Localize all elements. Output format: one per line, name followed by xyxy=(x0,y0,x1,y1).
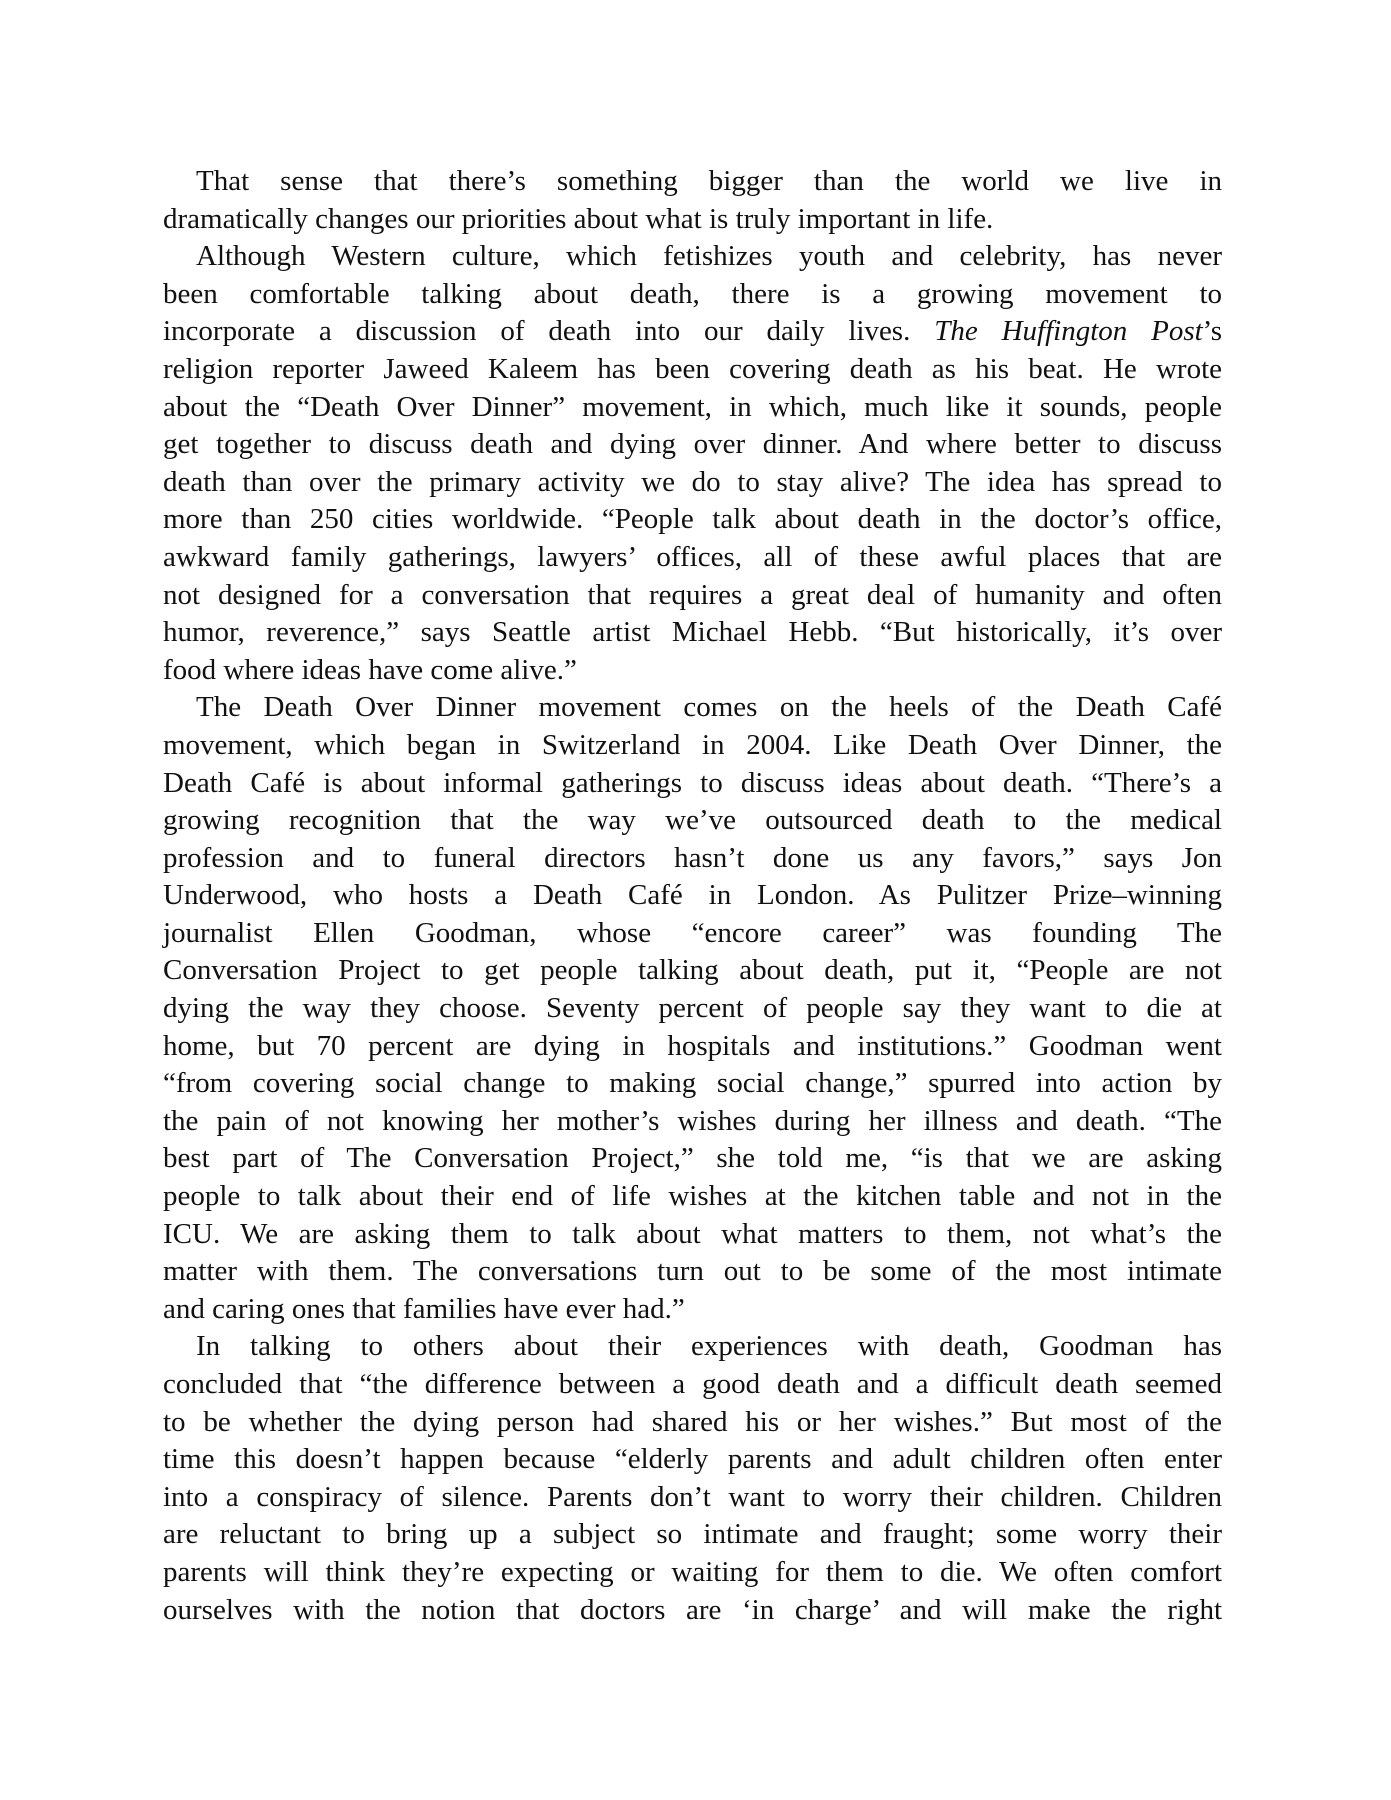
text-line: been comfortable talking about death, th… xyxy=(163,276,1222,314)
text-line: death than over the primary activity we … xyxy=(163,464,1222,502)
text-line: more than 250 cities worldwide. “People … xyxy=(163,501,1222,539)
text-line: profession and to funeral directors hasn… xyxy=(163,840,1222,878)
text-line: journalist Ellen Goodman, whose “encore … xyxy=(163,915,1222,953)
paragraph-2: Although Western culture, which fetishiz… xyxy=(163,238,1222,689)
text-line: The Death Over Dinner movement comes on … xyxy=(163,689,1222,727)
text-line: parents will think they’re expecting or … xyxy=(163,1554,1222,1592)
text-line: not designed for a conversation that req… xyxy=(163,577,1222,615)
text-line: food where ideas have come alive.” xyxy=(163,652,1222,690)
text-line-with-italic: incorporate a discussion of death into o… xyxy=(163,313,1222,351)
text-line: growing recognition that the way we’ve o… xyxy=(163,802,1222,840)
paragraph-4: In talking to others about their experie… xyxy=(163,1328,1222,1629)
text-segment: incorporate a discussion of death into o… xyxy=(163,315,910,347)
paragraph-1: That sense that there’s something bigger… xyxy=(163,163,1222,238)
text-line: time this doesn’t happen because “elderl… xyxy=(163,1441,1222,1479)
text-line: dying the way they choose. Seventy perce… xyxy=(163,990,1222,1028)
text-line: “from covering social change to making s… xyxy=(163,1065,1222,1103)
text-line: best part of The Conversation Project,” … xyxy=(163,1140,1222,1178)
document-page: That sense that there’s something bigger… xyxy=(163,163,1222,1629)
text-line: Death Café is about informal gatherings … xyxy=(163,765,1222,803)
text-line: home, but 70 percent are dying in hospit… xyxy=(163,1028,1222,1066)
text-line: and caring ones that families have ever … xyxy=(163,1291,1222,1329)
text-line: matter with them. The conversations turn… xyxy=(163,1253,1222,1291)
text-line: movement, which began in Switzerland in … xyxy=(163,727,1222,765)
text-line: religion reporter Jaweed Kaleem has been… xyxy=(163,351,1222,389)
text-line: humor, reverence,” says Seattle artist M… xyxy=(163,614,1222,652)
text-line: In talking to others about their experie… xyxy=(163,1328,1222,1366)
text-line: people to talk about their end of life w… xyxy=(163,1178,1222,1216)
text-line: dramatically changes our priorities abou… xyxy=(163,201,1222,239)
possessive-suffix: ’s xyxy=(1203,315,1222,347)
text-line: Underwood, who hosts a Death Café in Lon… xyxy=(163,877,1222,915)
italic-publication-name: The Huffington Post xyxy=(934,315,1202,347)
text-line: Although Western culture, which fetishiz… xyxy=(163,238,1222,276)
text-line: concluded that “the difference between a… xyxy=(163,1366,1222,1404)
text-line: awkward family gatherings, lawyers’ offi… xyxy=(163,539,1222,577)
text-line: into a conspiracy of silence. Parents do… xyxy=(163,1479,1222,1517)
text-line: about the “Death Over Dinner” movement, … xyxy=(163,389,1222,427)
text-line: the pain of not knowing her mother’s wis… xyxy=(163,1103,1222,1141)
text-line: ourselves with the notion that doctors a… xyxy=(163,1592,1222,1630)
publication-title: The Huffington Post’s xyxy=(934,315,1222,347)
text-line: ICU. We are asking them to talk about wh… xyxy=(163,1216,1222,1254)
text-line: That sense that there’s something bigger… xyxy=(163,163,1222,201)
paragraph-3: The Death Over Dinner movement comes on … xyxy=(163,689,1222,1328)
text-line: get together to discuss death and dying … xyxy=(163,426,1222,464)
text-line: are reluctant to bring up a subject so i… xyxy=(163,1516,1222,1554)
text-line: Conversation Project to get people talki… xyxy=(163,952,1222,990)
text-line: to be whether the dying person had share… xyxy=(163,1404,1222,1442)
